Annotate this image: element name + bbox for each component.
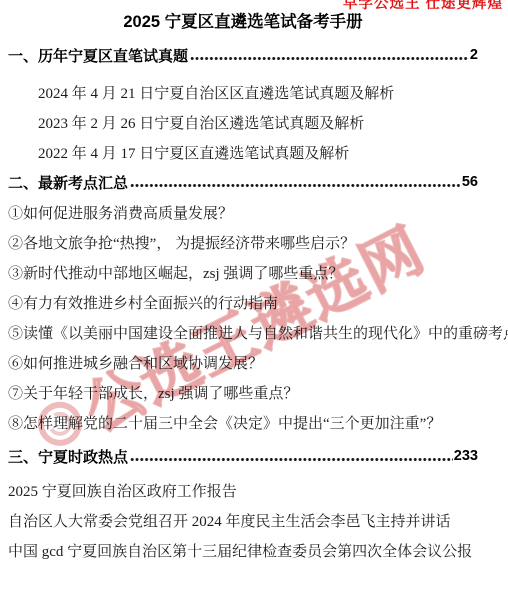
toc-item[interactable]: ⑤读懂《以美丽中国建设全面推进人与自然和谐共生的现代化》中的重磅考点 — [8, 317, 478, 347]
toc-item-label: 2025 宁夏回族自治区政府工作报告 — [8, 480, 237, 501]
toc-section-1-page: 2 — [470, 47, 478, 63]
toc-item[interactable]: 2025 宁夏回族自治区政府工作报告 — [8, 475, 478, 505]
toc-item-label: ③新时代推动中部地区崛起，zsj 强调了哪些重点？ — [8, 262, 343, 283]
toc-section-3[interactable]: 三、宁夏时政热点 233 — [8, 441, 478, 471]
toc-item[interactable]: ②各地文旅争抢“热搜”， 为提振经济带来哪些启示？ — [8, 227, 478, 257]
toc-item[interactable]: ④有力有效推进乡村全面振兴的行动指南 — [8, 287, 478, 317]
toc-content: 2025 宁夏区直遴选笔试备考手册 一、历年宁夏区直笔试真题 2 2024 年 … — [0, 10, 508, 565]
dot-leader — [130, 449, 453, 463]
toc-item-label: ⑧怎样理解党的二十届三中全会《决定》中提出“三个更加注重”？ — [8, 412, 441, 433]
toc-item-label: ⑥如何推进城乡融合和区域协调发展？ — [8, 352, 263, 373]
dot-leader — [130, 175, 461, 189]
page-title: 2025 宁夏区直遴选笔试备考手册 — [8, 10, 478, 34]
toc-item-label: 2024 年 4 月 21 日宁夏自治区区直遴选笔试真题及解析 — [38, 82, 394, 103]
toc-item-label: ②各地文旅争抢“热搜”， 为提振经济带来哪些启示？ — [8, 232, 355, 253]
toc-item-label: 自治区人大常委会党组召开 2024 年度民主生活会李邑飞主持并讲话 — [8, 510, 451, 531]
toc-item[interactable]: 中国 gcd 宁夏回族自治区第十三届纪律检查委员会第四次全体会议公报 — [8, 535, 478, 565]
toc-item[interactable]: ⑧怎样理解党的二十届三中全会《决定》中提出“三个更加注重”？ — [8, 407, 478, 437]
dot-leader — [190, 48, 469, 62]
toc-section-1-label: 一、历年宁夏区直笔试真题 — [8, 45, 188, 66]
toc-section-3-page: 233 — [454, 448, 478, 464]
header-slogan: 早学公选王 仕途更辉煌 — [343, 0, 503, 13]
toc-item-label: 中国 gcd 宁夏回族自治区第十三届纪律检查委员会第四次全体会议公报 — [8, 540, 472, 561]
toc-item-label: ①如何促进服务消费高质量发展？ — [8, 202, 233, 223]
toc-section-2-label: 二、最新考点汇总 — [8, 172, 128, 193]
toc-item-label: 2022 年 4 月 17 日宁夏区直遴选笔试真题及解析 — [38, 142, 349, 163]
document-page: 早学公选王 仕途更辉煌 公选王遴选网 2025 宁夏区直遴选笔试备考手册 一、历… — [0, 0, 508, 591]
toc-item[interactable]: ⑦关于年轻干部成长，zsj 强调了哪些重点？ — [8, 377, 478, 407]
toc-item-label: ⑦关于年轻干部成长，zsj 强调了哪些重点？ — [8, 382, 298, 403]
toc-item-label: 2023 年 2 月 26 日宁夏自治区遴选笔试真题及解析 — [38, 112, 364, 133]
toc-item-label: ⑤读懂《以美丽中国建设全面推进人与自然和谐共生的现代化》中的重磅考点 — [8, 322, 508, 343]
toc-item[interactable]: 自治区人大常委会党组召开 2024 年度民主生活会李邑飞主持并讲话 — [8, 505, 478, 535]
toc-item[interactable]: ③新时代推动中部地区崛起，zsj 强调了哪些重点？ — [8, 257, 478, 287]
toc-item[interactable]: 2023 年 2 月 26 日宁夏自治区遴选笔试真题及解析 — [8, 107, 478, 137]
toc-section-1[interactable]: 一、历年宁夏区直笔试真题 2 — [8, 40, 478, 70]
toc-section-3-label: 三、宁夏时政热点 — [8, 446, 128, 467]
toc-section-2[interactable]: 二、最新考点汇总 56 — [8, 167, 478, 197]
toc-item-label: ④有力有效推进乡村全面振兴的行动指南 — [8, 292, 278, 313]
toc-section-2-page: 56 — [462, 174, 478, 190]
toc-item[interactable]: ①如何促进服务消费高质量发展？ — [8, 197, 478, 227]
toc-item[interactable]: ⑥如何推进城乡融合和区域协调发展？ — [8, 347, 478, 377]
toc-item[interactable]: 2024 年 4 月 21 日宁夏自治区区直遴选笔试真题及解析 — [8, 77, 478, 107]
toc-item[interactable]: 2022 年 4 月 17 日宁夏区直遴选笔试真题及解析 — [8, 137, 478, 167]
